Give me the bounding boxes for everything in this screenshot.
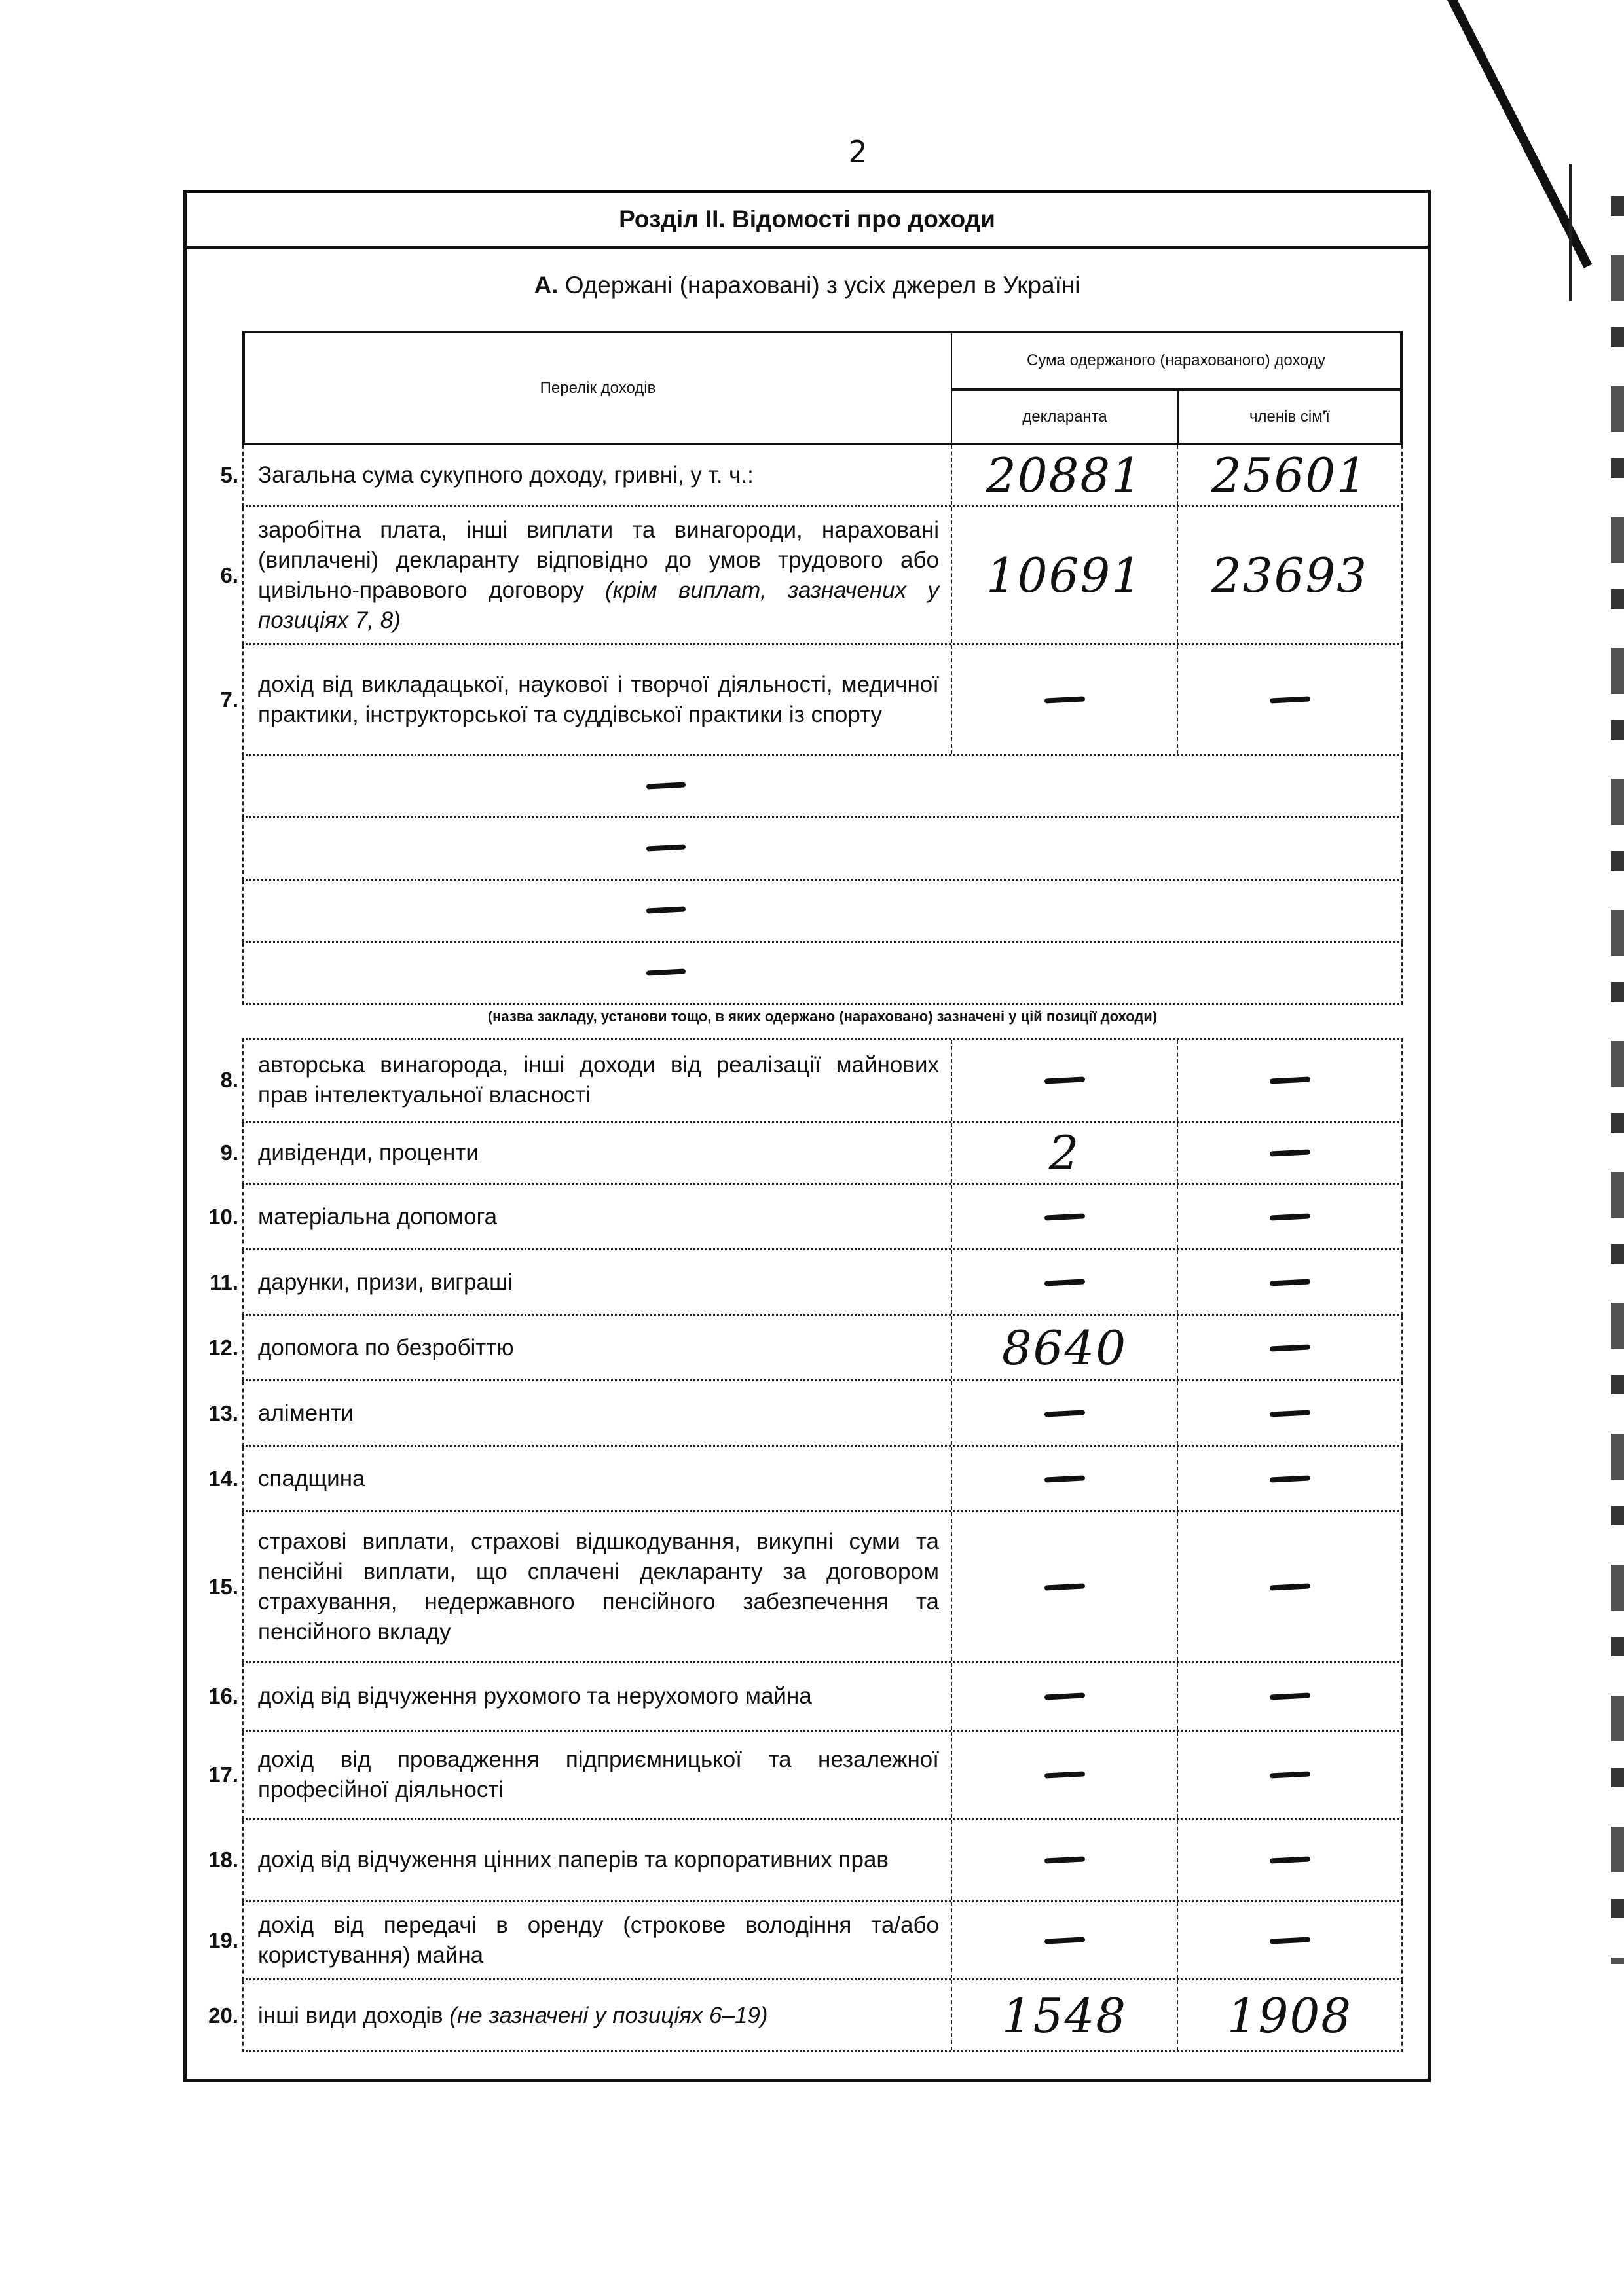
dash-mark <box>1269 1344 1310 1351</box>
dash-mark <box>1269 1583 1310 1590</box>
subsection-letter: А. <box>534 272 558 299</box>
declarant-value: 2 <box>951 1123 1178 1183</box>
dash-mark <box>1044 1279 1084 1286</box>
income-row: 11.дарунки, призи, виграші <box>242 1250 1403 1316</box>
declarant-value <box>951 1663 1178 1730</box>
income-row: 20.інші види доходів (не зазначені у поз… <box>242 1980 1403 2052</box>
row-number: 6. <box>191 563 238 588</box>
dash-mark <box>646 845 686 852</box>
dash-mark <box>1269 1856 1310 1863</box>
declarant-value <box>951 645 1178 754</box>
section-title: Розділ ІІ. Відомості про доходи <box>187 193 1428 249</box>
row-number: 17. <box>191 1762 238 1787</box>
declarant-value <box>951 1381 1178 1445</box>
row-number: 7. <box>191 687 238 712</box>
family-value <box>1178 1512 1401 1661</box>
declarant-value: 10691 <box>951 507 1178 643</box>
income-row: 13.аліменти <box>242 1381 1403 1447</box>
declarant-value: 8640 <box>951 1316 1178 1379</box>
row-number: 12. <box>191 1336 238 1360</box>
dash-mark <box>1044 1213 1084 1220</box>
row-number: 10. <box>191 1205 238 1230</box>
dash-mark <box>1044 696 1084 703</box>
row-label: спадщина <box>258 1464 939 1494</box>
row-number: 13. <box>191 1401 238 1426</box>
dash-mark <box>646 969 686 976</box>
income-row: 17.дохід від провадження підприємницької… <box>242 1732 1403 1820</box>
declarant-value: 1548 <box>951 1980 1178 2050</box>
dash-mark <box>1269 1475 1310 1482</box>
family-value: 25601 <box>1178 445 1401 505</box>
row-number: 19. <box>191 1928 238 1953</box>
declarant-value: 20881 <box>951 445 1178 505</box>
declarant-value <box>951 1902 1178 1978</box>
income-row: 10.матеріальна допомога <box>242 1185 1403 1250</box>
institution-name-row <box>242 881 1403 943</box>
row-number: 8. <box>191 1068 238 1093</box>
income-row: 19.дохід від передачі в оренду (строкове… <box>242 1902 1403 1980</box>
row-number: 9. <box>191 1140 238 1165</box>
row-label: інші види доходів (не зазначені у позиці… <box>258 2001 939 2031</box>
dash-mark <box>1269 1771 1310 1778</box>
institution-name-row <box>242 943 1403 1005</box>
row-label: дохід від передачі в оренду (строкове во… <box>258 1910 939 1971</box>
institution-name-row <box>242 818 1403 881</box>
income-row: 5.Загальна сума сукупного доходу, гривні… <box>242 445 1403 507</box>
dash-mark <box>1269 1937 1310 1944</box>
family-value <box>1178 1732 1401 1818</box>
row-label: дохід від відчуження цінних паперів та к… <box>258 1845 939 1875</box>
scan-artifact-line <box>1569 164 1572 301</box>
row-number: 18. <box>191 1848 238 1872</box>
dash-mark <box>1269 1410 1310 1417</box>
income-row: 14.спадщина <box>242 1447 1403 1512</box>
row-label: дарунки, призи, виграші <box>258 1267 939 1298</box>
declarant-value <box>951 1250 1178 1314</box>
family-value <box>1178 645 1401 754</box>
family-value <box>1178 1447 1401 1510</box>
dash-mark <box>1269 1279 1310 1286</box>
income-row: 8.авторська винагорода, інші доходи від … <box>242 1038 1403 1123</box>
dash-mark <box>1044 1475 1084 1482</box>
family-value <box>1178 1123 1401 1183</box>
family-value <box>1178 1250 1401 1314</box>
header-declarant: декларанта <box>952 391 1179 443</box>
row-label-note: (крім виплат, зазначених у позиціях 7, 8… <box>258 577 939 633</box>
declarant-value <box>951 1185 1178 1248</box>
dash-mark <box>1044 1583 1084 1590</box>
row-label-note: (не зазначені у позиціях 6–19) <box>449 2003 767 2028</box>
family-value: 23693 <box>1178 507 1401 643</box>
family-value <box>1178 1040 1401 1121</box>
income-row: 7.дохід від викладацької, наукової і тво… <box>242 645 1403 756</box>
row-label: авторська винагорода, інші доходи від ре… <box>258 1050 939 1110</box>
institution-caption: (назва закладу, установи тощо, в яких од… <box>242 1008 1403 1025</box>
family-value <box>1178 1316 1401 1379</box>
subsection-title: А. Одержані (нараховані) з усіх джерел в… <box>187 272 1428 299</box>
dash-mark <box>1044 1076 1084 1084</box>
row-label: дохід від відчуження рухомого та нерухом… <box>258 1681 939 1711</box>
declarant-value <box>951 1040 1178 1121</box>
family-value <box>1178 1663 1401 1730</box>
dash-mark <box>1269 1076 1310 1084</box>
row-label: заробітна плата, інші виплати та винагор… <box>258 515 939 636</box>
dash-mark <box>646 782 686 790</box>
row-number: 5. <box>191 463 238 488</box>
income-row: 12.допомога по безробіттю8640 <box>242 1316 1403 1381</box>
row-number: 16. <box>191 1684 238 1709</box>
dash-mark <box>1044 1410 1084 1417</box>
dash-mark <box>1269 1692 1310 1700</box>
row-number: 11. <box>191 1270 238 1295</box>
institution-name-row <box>242 756 1403 818</box>
family-value <box>1178 1185 1401 1248</box>
income-row: 6.заробітна плата, інші виплати та винаг… <box>242 507 1403 645</box>
row-label: Загальна сума сукупного доходу, гривні, … <box>258 460 939 490</box>
dash-mark <box>1044 1771 1084 1778</box>
declarant-value <box>951 1820 1178 1900</box>
row-number: 14. <box>191 1467 238 1491</box>
dash-mark <box>646 907 686 914</box>
dash-mark <box>1044 1937 1084 1944</box>
row-label: аліменти <box>258 1398 939 1429</box>
dash-mark <box>1044 1856 1084 1863</box>
row-label: допомога по безробіттю <box>258 1333 939 1363</box>
income-row: 16.дохід від відчуження рухомого та неру… <box>242 1663 1403 1732</box>
declarant-value <box>951 1447 1178 1510</box>
income-table-header: Перелік доходів Сума одержаного (нарахов… <box>242 331 1403 445</box>
row-label: дохід від викладацької, наукової і творч… <box>258 670 939 730</box>
row-number: 15. <box>191 1575 238 1599</box>
dash-mark <box>1269 1213 1310 1220</box>
declarant-value <box>951 1732 1178 1818</box>
scan-artifact-edge <box>1611 196 1624 1964</box>
header-family: членів сім'ї <box>1179 391 1400 443</box>
family-value <box>1178 1820 1401 1900</box>
header-income-sum: Сума одержаного (нарахованого) доходу <box>952 333 1400 391</box>
income-row: 15.страхові виплати, страхові відшкодува… <box>242 1512 1403 1663</box>
row-label: дивіденди, проценти <box>258 1138 939 1168</box>
row-label: матеріальна допомога <box>258 1202 939 1232</box>
dash-mark <box>1269 696 1310 703</box>
dash-mark <box>1269 1149 1310 1156</box>
family-value: 1908 <box>1178 1980 1401 2050</box>
row-number: 20. <box>191 2003 238 2028</box>
declarant-value <box>951 1512 1178 1661</box>
income-row: 9.дивіденди, проценти2 <box>242 1123 1403 1185</box>
row-label: страхові виплати, страхові відшкодування… <box>258 1527 939 1647</box>
row-label: дохід від провадження підприємницької та… <box>258 1745 939 1805</box>
family-value <box>1178 1381 1401 1445</box>
family-value <box>1178 1902 1401 1978</box>
income-row: 18.дохід від відчуження цінних паперів т… <box>242 1820 1403 1902</box>
subsection-text: Одержані (нараховані) з усіх джерел в Ук… <box>565 272 1080 299</box>
header-income-list: Перелік доходів <box>245 333 952 443</box>
page-number: 2 <box>845 134 871 170</box>
dash-mark <box>1044 1692 1084 1700</box>
